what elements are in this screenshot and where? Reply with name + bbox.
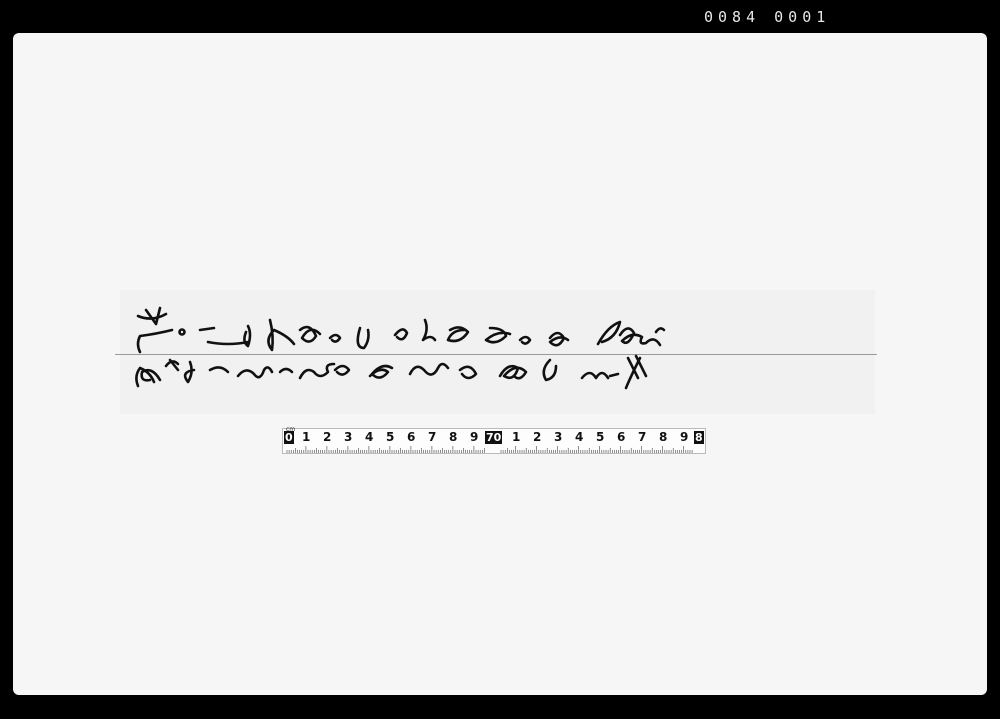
ruler-number: 4 [365, 430, 373, 444]
ruler-number: 2 [323, 430, 331, 444]
ruler-number: 1 [302, 430, 310, 444]
ruler-end-marker: 8 [694, 431, 704, 444]
ruler-number: 9 [680, 430, 688, 444]
ruler-number: 3 [344, 430, 352, 444]
ruler-number: 9 [470, 430, 478, 444]
ruler-number: 7 [428, 430, 436, 444]
ruler-number: 6 [617, 430, 625, 444]
ruler-start-marker: 0 [284, 431, 294, 444]
ruler-number: 5 [386, 430, 394, 444]
ruler-number: 8 [449, 430, 457, 444]
ruler-number: 6 [407, 430, 415, 444]
ruler-number: 7 [638, 430, 646, 444]
handwriting-line-1 [138, 308, 664, 352]
frame-id-label: 0084 0001 [704, 8, 830, 26]
handwriting-line-2 [136, 356, 646, 388]
ruler-number: 8 [659, 430, 667, 444]
ruler-number: 2 [533, 430, 541, 444]
shorthand-handwriting [120, 290, 880, 414]
ruler-number: 4 [575, 430, 583, 444]
ruler-middle-marker: 70 [485, 431, 502, 444]
ruler-number: 3 [554, 430, 562, 444]
scale-ruler: cm 0 1 2 3 4 5 6 7 8 9 70 1 2 3 4 5 6 7 … [282, 428, 706, 454]
ruler-ticks [283, 444, 705, 453]
ruler-number: 1 [512, 430, 520, 444]
ruler-number: 5 [596, 430, 604, 444]
